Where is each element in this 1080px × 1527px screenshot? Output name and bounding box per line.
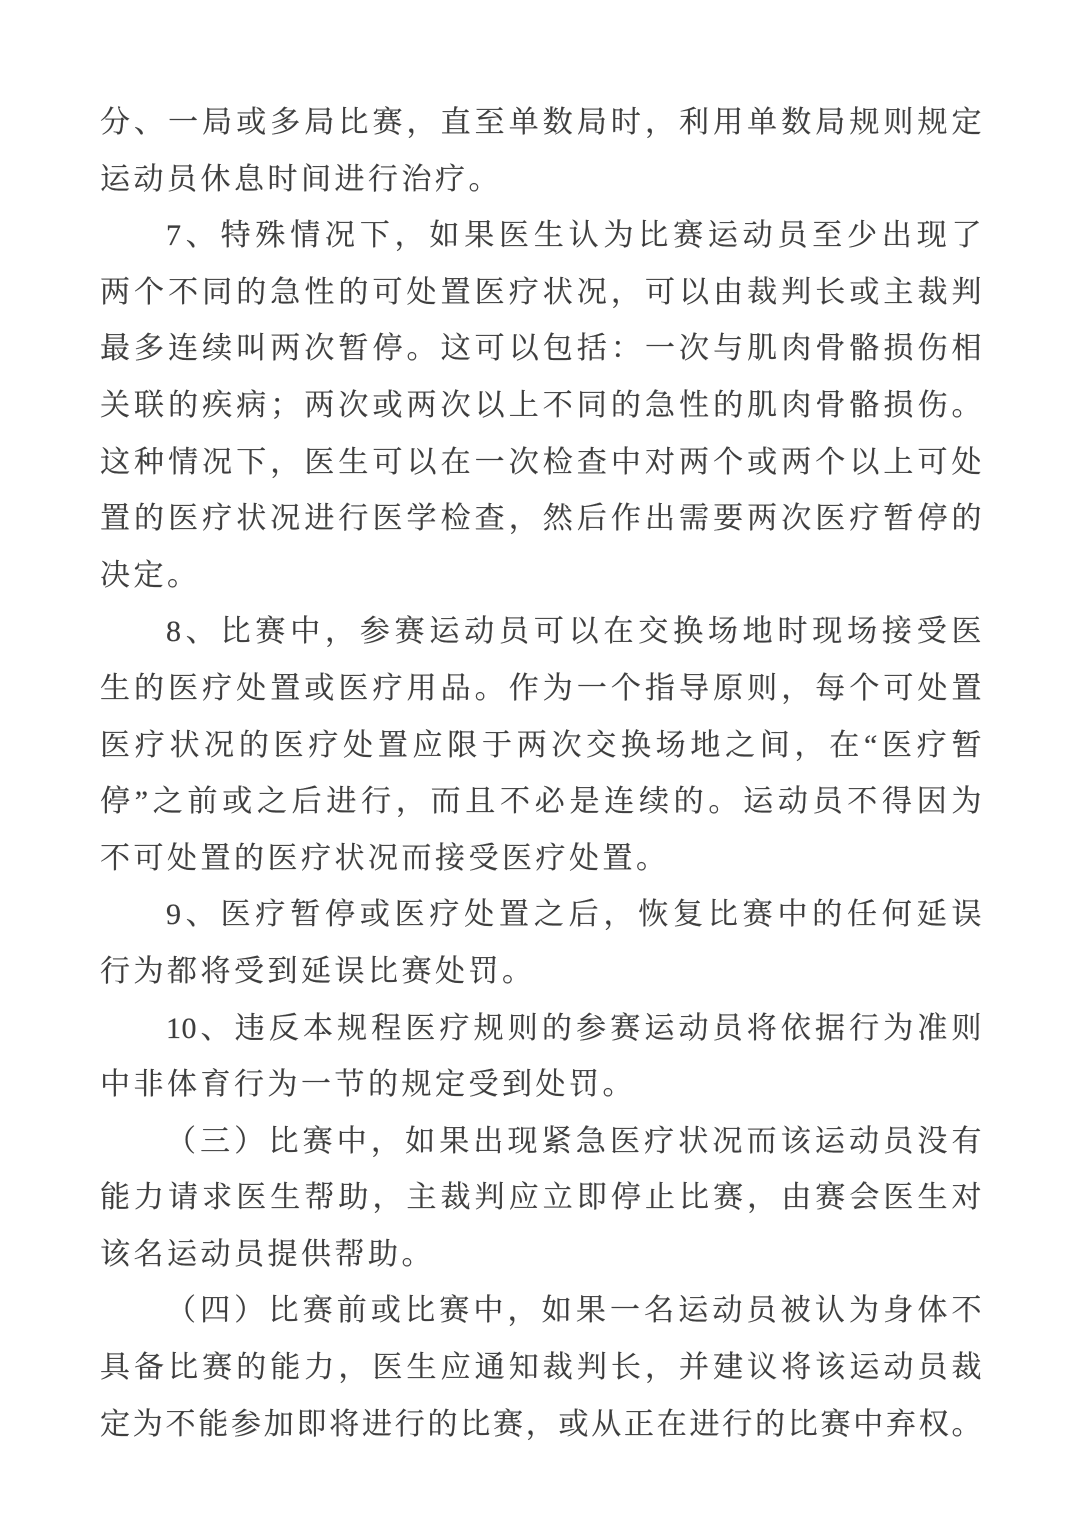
text-line: 医疗状况的医疗处置应限于两次交换场地之间，在“医疗暂 [100, 718, 982, 775]
text-line: 不可处置的医疗状况而接受医疗处置。 [100, 831, 982, 888]
paragraph-item-8: 8、比赛中，参赛运动员可以在交换场地时现场接受医 生的医疗处置或医疗用品。作为一… [100, 604, 982, 887]
text-line: 分、一局或多局比赛，直至单数局时，利用单数局规则规定 [100, 95, 982, 152]
text-line: 9、医疗暂停或医疗处置之后，恢复比赛中的任何延误 [100, 887, 982, 944]
text-line: 能力请求医生帮助，主裁判应立即停止比赛，由赛会医生对 [100, 1170, 982, 1227]
text-line: 最多连续叫两次暂停。这可以包括：一次与肌肉骨骼损伤相 [100, 321, 982, 378]
text-line: 运动员休息时间进行治疗。 [100, 152, 982, 209]
text-line: 关联的疾病；两次或两次以上不同的急性的肌肉骨骼损伤。 [100, 378, 982, 435]
text-line: 定为不能参加即将进行的比赛，或从正在进行的比赛中弃权。 [100, 1397, 982, 1454]
text-line: 10、违反本规程医疗规则的参赛运动员将依据行为准则 [100, 1001, 982, 1058]
paragraph-item-10: 10、违反本规程医疗规则的参赛运动员将依据行为准则 中非体育行为一节的规定受到处… [100, 1001, 982, 1114]
paragraph-item-7: 7、特殊情况下，如果医生认为比赛运动员至少出现了 两个不同的急性的可处置医疗状况… [100, 208, 982, 604]
text-line: 停”之前或之后进行，而且不必是连续的。运动员不得因为 [100, 774, 982, 831]
paragraph-section-3: （三）比赛中，如果出现紧急医疗状况而该运动员没有 能力请求医生帮助，主裁判应立即… [100, 1114, 982, 1284]
paragraph-section-4: （四）比赛前或比赛中，如果一名运动员被认为身体不 具备比赛的能力，医生应通知裁判… [100, 1283, 982, 1453]
text-line: 生的医疗处置或医疗用品。作为一个指导原则，每个可处置 [100, 661, 982, 718]
text-line: （四）比赛前或比赛中，如果一名运动员被认为身体不 [100, 1283, 982, 1340]
text-line: 8、比赛中，参赛运动员可以在交换场地时现场接受医 [100, 604, 982, 661]
paragraph-item-9: 9、医疗暂停或医疗处置之后，恢复比赛中的任何延误 行为都将受到延误比赛处罚。 [100, 887, 982, 1000]
paragraph-continuation: 分、一局或多局比赛，直至单数局时，利用单数局规则规定 运动员休息时间进行治疗。 [100, 95, 982, 208]
text-line: 中非体育行为一节的规定受到处罚。 [100, 1057, 982, 1114]
text-line: （三）比赛中，如果出现紧急医疗状况而该运动员没有 [100, 1114, 982, 1171]
text-line: 置的医疗状况进行医学检查，然后作出需要两次医疗暂停的 [100, 491, 982, 548]
document-page: 分、一局或多局比赛，直至单数局时，利用单数局规则规定 运动员休息时间进行治疗。 … [0, 0, 1080, 1527]
text-line: 7、特殊情况下，如果医生认为比赛运动员至少出现了 [100, 208, 982, 265]
text-line: 行为都将受到延误比赛处罚。 [100, 944, 982, 1001]
text-line: 具备比赛的能力，医生应通知裁判长，并建议将该运动员裁 [100, 1340, 982, 1397]
text-line: 该名运动员提供帮助。 [100, 1227, 982, 1284]
text-line: 这种情况下，医生可以在一次检查中对两个或两个以上可处 [100, 435, 982, 492]
text-line: 决定。 [100, 548, 982, 605]
text-line: 两个不同的急性的可处置医疗状况，可以由裁判长或主裁判 [100, 265, 982, 322]
document-text-block: 分、一局或多局比赛，直至单数局时，利用单数局规则规定 运动员休息时间进行治疗。 … [100, 95, 982, 1453]
